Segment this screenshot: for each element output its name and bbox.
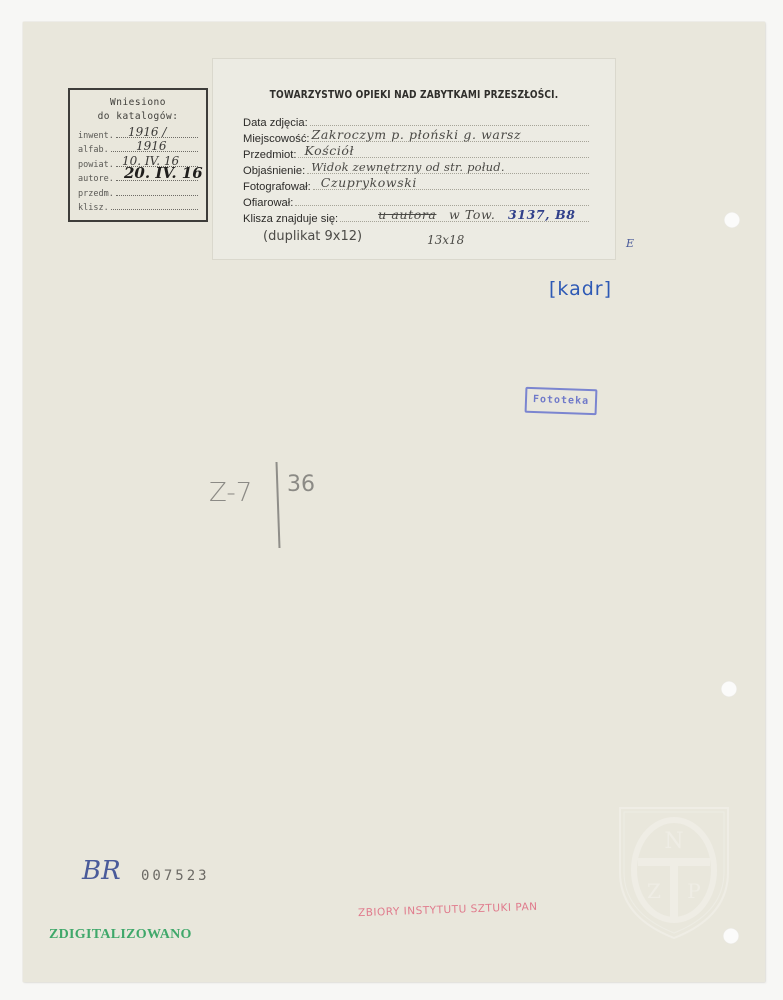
- society-label-card: TOWARZYSTWO OPIEKI NAD ZABYTKAMI PRZESZŁ…: [212, 58, 616, 260]
- letter-e-note: E: [626, 237, 634, 250]
- svg-text:Z: Z: [647, 879, 661, 903]
- svg-text:P: P: [687, 879, 700, 903]
- size-note: 13x18: [427, 233, 464, 247]
- fototeka-stamp: Fototeka: [525, 387, 598, 415]
- card-title: TOWARZYSTWO OPIEKI NAD ZABYTKAMI PRZESZŁ…: [241, 89, 587, 101]
- duplicate-note: (duplikat 9x12): [263, 229, 362, 244]
- stamp-value: 20. IV. 16: [124, 164, 203, 182]
- pencil-code: Z-7: [209, 478, 252, 508]
- punch-hole-middle: [721, 681, 737, 697]
- stamp-value: 1916: [136, 139, 167, 153]
- digitized-stamp: ZDIGITALIZOWANO: [49, 927, 192, 943]
- kadr-note: [kadr]: [549, 278, 612, 300]
- stamp-row-autore: autore. 20. IV. 16: [78, 170, 198, 185]
- stamp-heading-2: do katalogów:: [78, 110, 198, 124]
- svg-text:N: N: [664, 829, 683, 854]
- br-mark: BR: [82, 856, 121, 886]
- crest-watermark-icon: N Z P: [614, 802, 734, 942]
- field-plate-location: Klisza znajduje się: u autora w Tow. 313…: [243, 209, 589, 225]
- pencil-sub-number: 36: [287, 472, 315, 497]
- plate-number: 3137, B8: [508, 207, 576, 222]
- field-photographer: Fotografował: Czuprykowski: [243, 177, 589, 193]
- field-location: Miejscowość: Zakroczym p. płoński g. war…: [243, 129, 589, 145]
- inventory-number: 007523: [141, 868, 210, 884]
- stamp-row-przedm: przedm.: [78, 184, 198, 199]
- stamp-value: 1916 /: [128, 125, 166, 139]
- catalog-stamp-box: Wniesiono do katalogów: inwent. 1916 / a…: [68, 88, 208, 222]
- struck-value: u autora: [378, 207, 436, 222]
- punch-hole-top: [724, 212, 740, 228]
- stamp-row-klisz: klisz.: [78, 199, 198, 214]
- stamp-heading-1: Wniesiono: [78, 96, 198, 110]
- field-subject: Przedmiot: Kościół: [243, 145, 589, 161]
